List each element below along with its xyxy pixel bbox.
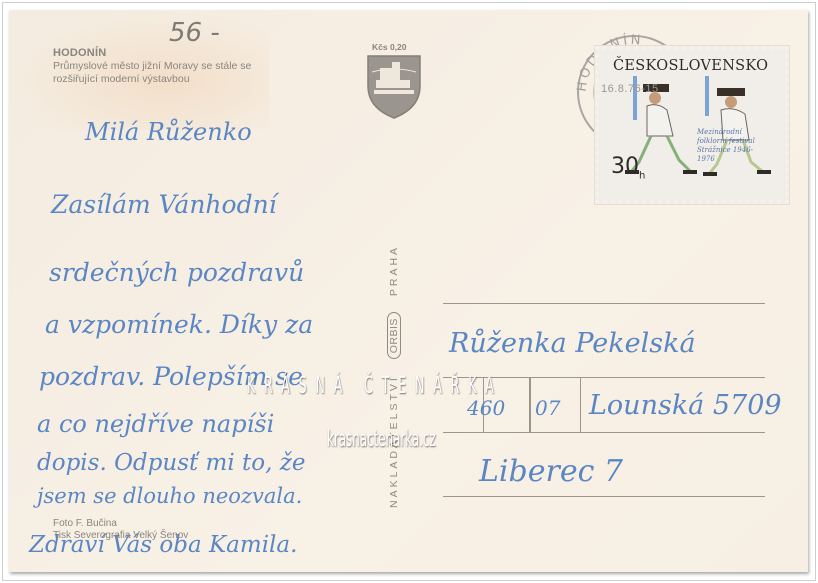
stamp-value-number: 30 — [611, 154, 639, 179]
message-line: a vzpomínek. Díky za — [45, 310, 313, 339]
photo-credit: Foto F. Bučina — [53, 518, 117, 529]
zip-part-2: 07 — [535, 396, 560, 420]
caption: Průmyslové město jižní Moravy se stále s… — [53, 60, 323, 85]
watermark-title: KRÁSNÁ ČTENÁŘKA — [247, 373, 503, 399]
stamp-country: ČESKOSLOVENSKO — [613, 58, 768, 74]
recipient-city: Liberec 7 — [479, 454, 623, 489]
message-line: Milá Růženko — [85, 118, 252, 146]
watermark-url: krasnactenarka.cz — [327, 427, 436, 452]
postcard: 56 - HODONÍN Průmyslové město jižní Mora… — [9, 10, 808, 572]
message-line: jsem se dlouho neozvala. — [37, 484, 302, 508]
address-line — [443, 496, 765, 497]
recipient-street: Lounská 5709 — [589, 390, 782, 421]
city-title: HODONÍN — [53, 47, 106, 59]
caption-line-2: rozšiřující moderní výstavbou — [53, 73, 323, 86]
stamp-festival-text: Mezinárodní folklorní festival Strážnice… — [697, 128, 757, 164]
tourism-emblem: Kčs 0,20 — [354, 42, 434, 122]
postage-stamp: ČESKOSLOVENSKO Mezinárodní folklorní fes… — [595, 46, 789, 204]
publisher-imprint: NAKLADATELSTVÍ ORBIS PRAHA — [387, 208, 401, 508]
publisher-badge: ORBIS — [387, 312, 401, 359]
message-line: Zasílám Vánhodní — [51, 190, 277, 219]
stamp-value: 30h — [611, 154, 645, 181]
message-line: dopis. Odpusť mi to, že — [37, 450, 305, 476]
publisher-city: PRAHA — [388, 245, 400, 296]
print-credit: Tisk Severografia Velký Šenov — [53, 530, 188, 541]
message-line: a co nejdříve napíši — [37, 410, 274, 438]
postmark-date: 16.8.76-15 — [601, 83, 659, 95]
message-line: srdečných pozdravů — [49, 258, 304, 287]
castle-shield-icon — [354, 42, 434, 122]
pencil-note: 56 - — [169, 18, 220, 48]
stamp-value-unit: h — [639, 170, 645, 181]
zip-part-1: 460 — [467, 396, 505, 420]
caption-line-1: Průmyslové město jižní Moravy se stále s… — [53, 60, 323, 73]
address-line — [443, 303, 765, 304]
address-line — [443, 432, 765, 433]
emblem-price: Kčs 0,20 — [372, 42, 407, 52]
recipient-name: Růženka Pekelská — [449, 328, 696, 359]
